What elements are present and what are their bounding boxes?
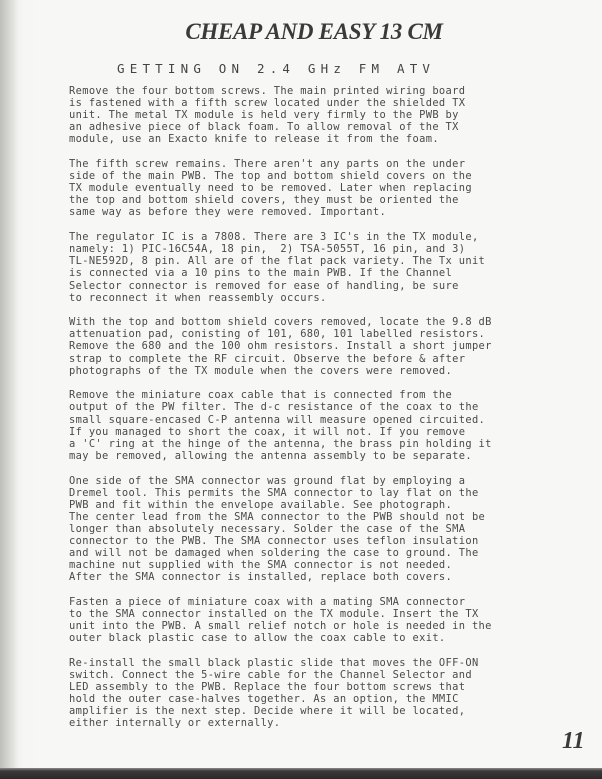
text-line: After the SMA connector is installed, re… <box>69 571 602 583</box>
text-line: module, use an Exacto knife to release i… <box>69 133 602 145</box>
document-page: CHEAP AND EASY 13 CM GETTING ON 2.4 GHz … <box>0 0 602 779</box>
text-line: a 'C' ring at the hinge of the antenna, … <box>69 438 602 450</box>
text-line: output of the PW filter. The d-c resista… <box>69 401 602 413</box>
text-line: LED assembly to the PWB. Replace the fou… <box>69 681 602 693</box>
text-line: photographs of the TX module when the co… <box>69 365 602 377</box>
text-line: same way as before they were removed. Im… <box>69 206 602 218</box>
text-line: TX module eventually need to be removed.… <box>69 182 602 194</box>
text-line: outer black plastic case to allow the co… <box>69 632 602 644</box>
text-line: namely: 1) PIC-16C54A, 18 pin, 2) TSA-50… <box>69 243 602 255</box>
paragraph: The regulator IC is a 7808. There are 3 … <box>69 231 602 304</box>
paragraph: The fifth screw remains. There aren't an… <box>69 158 602 218</box>
text-line: With the top and bottom shield covers re… <box>69 316 602 328</box>
text-line: switch. Connect the 5-wire cable for the… <box>69 669 602 681</box>
text-line: Remove the four bottom screws. The main … <box>69 85 602 97</box>
text-line: either internally or externally. <box>69 717 602 729</box>
text-line: The center lead from the SMA connector t… <box>69 511 602 523</box>
paragraph: Remove the four bottom screws. The main … <box>69 85 602 145</box>
text-line: longer than absolutely necessary. Solder… <box>69 523 602 535</box>
text-line: to the SMA connector installed on the TX… <box>69 608 602 620</box>
text-line: If you managed to short the coax, it wil… <box>69 426 602 438</box>
text-line: hold the outer case-halves together. As … <box>69 693 602 705</box>
text-line: side of the main PWB. The top and bottom… <box>69 170 602 182</box>
text-line: Remove the miniature coax cable that is … <box>69 389 602 401</box>
paragraph: Re-install the small black plastic slide… <box>69 657 602 730</box>
page-number: 11 <box>562 728 585 755</box>
article-subtitle: GETTING ON 2.4 GHz FM ATV <box>117 61 435 76</box>
text-line: machine nut supplied with the SMA connec… <box>69 559 602 571</box>
paragraph: One side of the SMA connector was ground… <box>69 475 602 584</box>
text-line: amplifier is the next step. Decide where… <box>69 705 602 717</box>
text-line: attenuation pad, conisting of 101, 680, … <box>69 328 602 340</box>
page-binding-shadow <box>0 0 18 768</box>
text-line: PWB and fit within the envelope availabl… <box>69 499 602 511</box>
text-line: The regulator IC is a 7808. There are 3 … <box>69 231 602 243</box>
text-line: unit into the PWB. A small relief notch … <box>69 620 602 632</box>
text-line: Fasten a piece of miniature coax with a … <box>69 596 602 608</box>
text-line: TL-NE592D, 8 pin. All are of the flat pa… <box>69 255 602 267</box>
paragraph: Remove the miniature coax cable that is … <box>69 389 602 462</box>
text-line: strap to complete the RF circuit. Observ… <box>69 353 602 365</box>
text-line: Remove the 680 and the 100 ohm resistors… <box>69 340 602 352</box>
text-line: The fifth screw remains. There aren't an… <box>69 158 602 170</box>
text-line: Re-install the small black plastic slide… <box>69 657 602 669</box>
text-line: Selector connector is removed for ease o… <box>69 280 602 292</box>
text-line: the top and bottom shield covers, they m… <box>69 194 602 206</box>
paragraph: With the top and bottom shield covers re… <box>69 316 602 376</box>
text-line: is fastened with a fifth screw located u… <box>69 97 602 109</box>
text-line: One side of the SMA connector was ground… <box>69 475 602 487</box>
article-body: Remove the four bottom screws. The main … <box>69 85 602 742</box>
text-line: small square-encased C-P antenna will me… <box>69 414 602 426</box>
scan-bottom-edge <box>0 768 602 779</box>
text-line: an adhesive piece of black foam. To allo… <box>69 121 602 133</box>
text-line: Dremel tool. This permits the SMA connec… <box>69 487 602 499</box>
text-line: may be removed, allowing the antenna ass… <box>69 450 602 462</box>
text-line: unit. The metal TX module is held very f… <box>69 109 602 121</box>
text-line: to reconnect it when reassembly occurs. <box>69 292 602 304</box>
text-line: connector to the PWB. The SMA connector … <box>69 535 602 547</box>
paragraph: Fasten a piece of miniature coax with a … <box>69 596 602 644</box>
text-line: and will not be damaged when soldering t… <box>69 547 602 559</box>
text-line: is connected via a 10 pins to the main P… <box>69 267 602 279</box>
article-title: CHEAP AND EASY 13 CM <box>0 19 602 45</box>
